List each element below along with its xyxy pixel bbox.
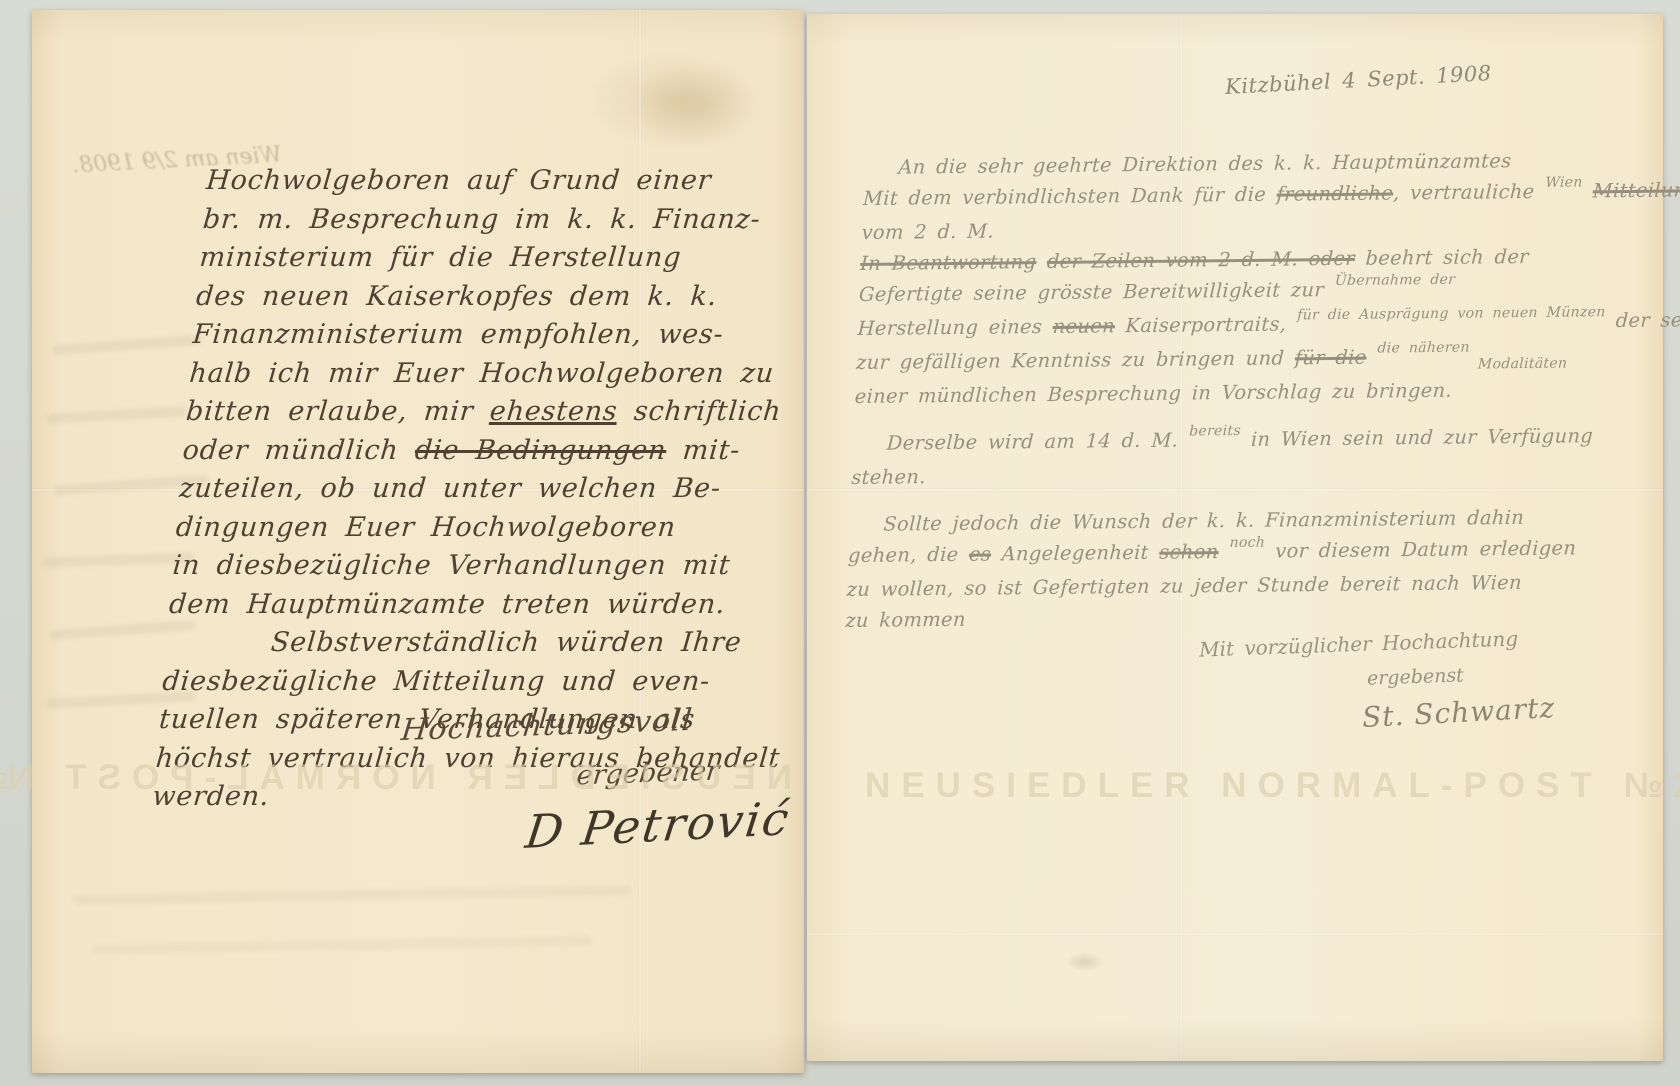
script-text: Gefertigte seine grösste Bereitwilligkei… — [859, 278, 1335, 306]
struck-text: für die — [1294, 346, 1367, 370]
script-text: dingungen Euer Hochwolgeboren — [175, 512, 677, 543]
script-text: diesbezügliche Mitteilung und even- — [161, 666, 711, 697]
script-line: br. m. Besprechung im k. k. Finanz- — [201, 201, 789, 240]
letter-body-right: An die sehr geehrte Direktion des k. k. … — [845, 144, 1606, 636]
signoff-right: ergebenst — [1367, 664, 1464, 689]
script-line: diesbezügliche Mitteilung und even- — [161, 663, 749, 702]
script-text: Selbstverständlich würden Ihre — [270, 627, 743, 658]
script-text: Kaiserportraits, — [1115, 312, 1298, 337]
script-text: schriftlich — [616, 396, 782, 427]
struck-text: freundliche — [1276, 181, 1394, 205]
script-line: Hochwolgeboren auf Grund einer — [205, 162, 793, 201]
script-text — [1218, 540, 1229, 563]
script-line: bitten erlaube, mir ehestens schriftlich — [184, 393, 772, 432]
script-text: Finanzministerium empfohlen, wes- — [192, 319, 725, 350]
script-line: oder mündlich die Bedingungen mit- — [181, 432, 769, 471]
script-line: dem Hauptmünzamte treten würden. — [168, 586, 756, 625]
script-text: zuteilen, ob und unter welchen Be- — [178, 473, 722, 504]
signature-schwartz: St. Schwartz — [1361, 691, 1556, 734]
struck-text: neuen — [1052, 314, 1115, 338]
struck-text: die Bedingungen — [414, 435, 668, 466]
script-text: Mit dem verbindlichsten Dank für die — [863, 183, 1278, 210]
script-text: beehrt sich der — [1355, 245, 1530, 270]
script-text: halb ich mir Euer Hochwolgeboren zu — [188, 358, 775, 389]
struck-text: es — [969, 542, 992, 565]
script-line: ministerium für die Herstellung — [198, 239, 786, 278]
script-text — [1366, 346, 1377, 369]
struck-text: In Beantwortung — [860, 250, 1037, 275]
inserted-text: bereits — [1189, 423, 1241, 440]
script-text: stehen. — [851, 465, 926, 489]
script-text: Sollte jedoch die Wunsch der k. k. Finan… — [883, 506, 1525, 536]
script-text: ministerium für die Herstellung — [198, 242, 682, 273]
script-text: Hochwolgeboren auf Grund einer — [205, 165, 713, 196]
photo-backdrop: Wien am 2/9 1908. Hochwolgeboren auf Gru… — [0, 0, 1680, 1086]
inserted-text: Wien — [1545, 175, 1583, 191]
paper-smudge — [1065, 952, 1105, 972]
script-text: der sehr geehrten — [1605, 307, 1680, 332]
signoff-left: ergebener — [575, 756, 721, 792]
struck-text: schon — [1159, 540, 1219, 564]
script-text: Herstellung eines — [857, 315, 1053, 340]
script-text: bitten erlaube, mir — [185, 396, 491, 427]
script-line: des neuen Kaiserkopfes dem k. k. — [195, 278, 783, 317]
script-line: zuteilen, ob und unter welchen Be- — [178, 470, 766, 509]
script-text: vom 2 d. M. — [861, 220, 994, 244]
script-text: vor diesem Datum erledigen — [1264, 536, 1576, 562]
script-text: ehestens — [489, 396, 619, 427]
inserted-text: Übernahme der — [1335, 272, 1456, 289]
inserted-text: für die Ausprägung von neuen Münzen — [1297, 305, 1606, 324]
script-text: einer mündlichen Besprechung in Vorschla… — [854, 379, 1452, 408]
inserted-text: die näheren — [1377, 340, 1470, 357]
script-text: oder mündlich — [181, 435, 416, 466]
script-text: in diesbezügliche Verhandlungen mit — [171, 550, 731, 581]
script-text: Angelegenheit — [991, 541, 1160, 566]
inserted-text: noch — [1229, 535, 1265, 551]
script-text: in Wien sein und zur Verfügung — [1240, 424, 1594, 451]
script-line: in diesbezügliche Verhandlungen mit — [171, 547, 759, 586]
script-text: , vertrauliche — [1393, 180, 1546, 205]
dateline: Kitzbühel 4 Sept. 1908 — [1225, 61, 1493, 99]
script-text: gehen, die — [848, 543, 970, 567]
struck-text: Mitteilung — [1592, 178, 1680, 202]
script-text: des neuen Kaiserkopfes dem k. k. — [195, 281, 719, 312]
script-text: zu kommen — [845, 608, 966, 632]
script-line: halb ich mir Euer Hochwolgeboren zu — [188, 355, 776, 394]
script-text: mit- — [665, 435, 742, 466]
script-text: dem Hauptmünzamte treten würden. — [168, 589, 727, 620]
script-text: werden. — [151, 781, 271, 812]
watermark-right: NEUSIEDLER NORMAL-POST №2 — [865, 766, 1680, 806]
script-text: zur gefälligen Kenntniss zu bringen und — [856, 346, 1296, 374]
letter-page-left: Wien am 2/9 1908. Hochwolgeboren auf Gru… — [32, 10, 804, 1073]
fold-crease-horizontal — [807, 932, 1663, 936]
paper-stain — [632, 60, 762, 150]
script-text: zu wollen, so ist Gefertigten zu jeder S… — [846, 571, 1522, 601]
letter-page-right: Kitzbühel 4 Sept. 1908 An die sehr geehr… — [807, 14, 1663, 1061]
struck-text: der Zeilen vom 2 d. M. oder — [1046, 247, 1355, 273]
script-text: br. m. Besprechung im k. k. Finanz- — [202, 204, 762, 235]
inserted-text: Modalitäten — [1469, 356, 1568, 373]
script-line: dingungen Euer Hochwolgeboren — [174, 509, 762, 548]
script-line: Selbstverständlich würden Ihre — [164, 624, 752, 663]
script-text: Derselbe wird am 14 d. M. — [886, 428, 1189, 454]
script-text: An die sehr geehrte Direktion des k. k. … — [898, 149, 1512, 178]
script-line: Finanzministerium empfohlen, wes- — [191, 316, 779, 355]
